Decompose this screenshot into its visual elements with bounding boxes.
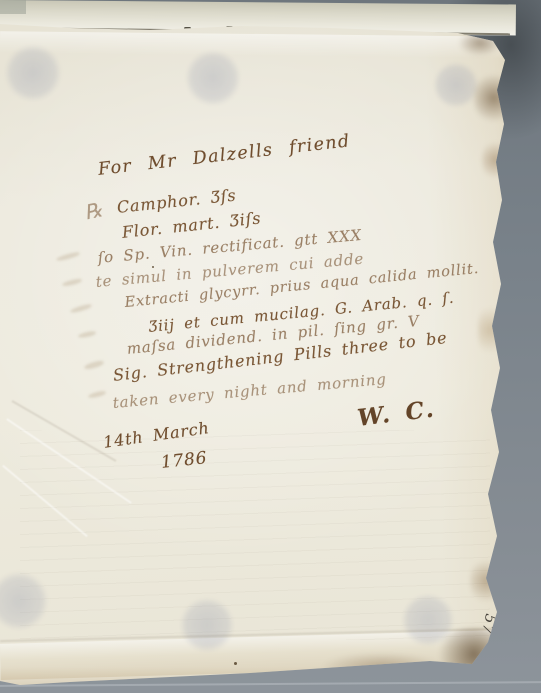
recipe-symbol: ℞ — [82, 197, 105, 224]
ink-ghost-mark — [84, 360, 105, 371]
burn-stain — [432, 628, 516, 680]
damp-stain — [5, 45, 61, 101]
signature: W. C. — [356, 395, 437, 431]
ink-ghost-mark — [56, 251, 80, 262]
burn-stain — [478, 300, 504, 360]
paper-surface: For Mr Dalzells friend ℞ Camphor. Ʒſs Fl… — [0, 0, 541, 693]
damp-stain — [434, 62, 478, 108]
ink-speck — [234, 662, 237, 665]
heading-line: For Mr Dalzells friend — [97, 131, 352, 180]
burn-stain — [482, 138, 510, 182]
ink-ghost-mark — [78, 330, 97, 338]
manuscript-photo: For Mr Dalzells friend ℞ Camphor. Ʒſs Fl… — [0, 0, 541, 693]
damp-stain — [186, 50, 240, 106]
burn-stain — [322, 652, 442, 682]
previous-page-corner — [0, 0, 26, 14]
folio-number: 57 — [478, 612, 500, 636]
ink-ghost-mark — [70, 303, 93, 314]
burn-stain — [470, 556, 504, 606]
fold-highlight — [0, 31, 520, 58]
ink-ghost-mark — [88, 390, 107, 399]
damp-stain — [180, 598, 234, 652]
backdrop-edge-highlight — [0, 681, 541, 687]
manuscript-page: For Mr Dalzells friend ℞ Camphor. Ʒſs Fl… — [0, 0, 541, 693]
ink-ghost-mark — [62, 278, 83, 287]
